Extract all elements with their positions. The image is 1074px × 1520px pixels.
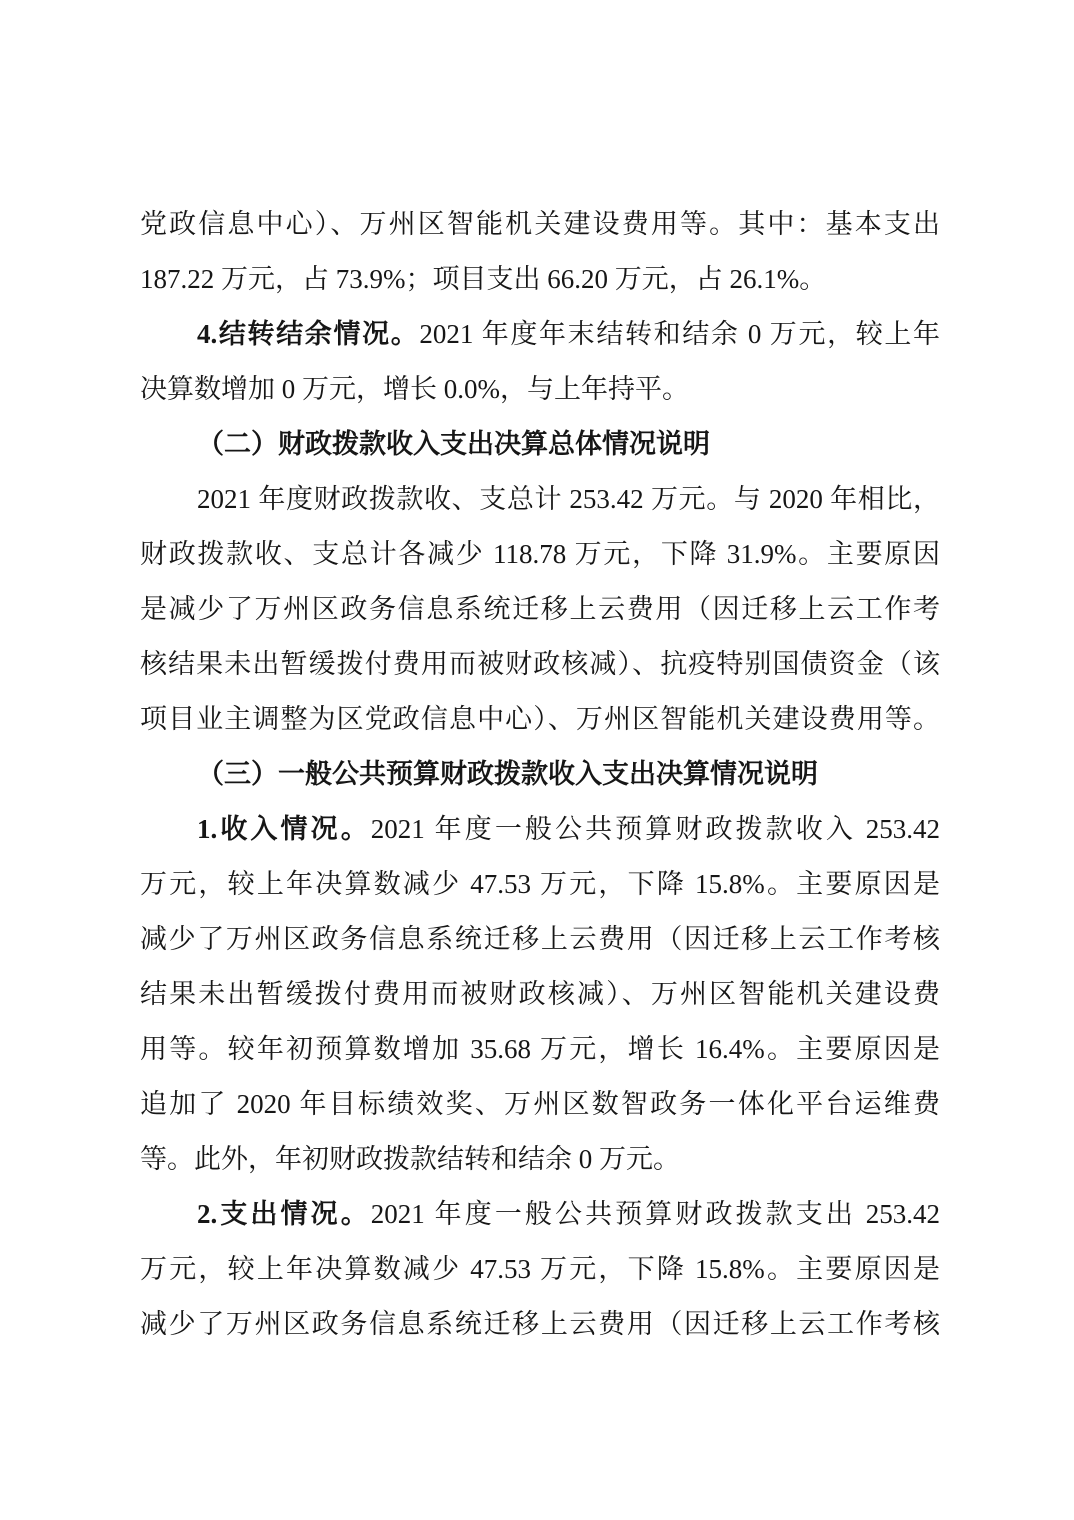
line-text: 减少了万州区政务信息系统迁移上云费用（因迁移上云工作考核	[140, 924, 940, 954]
section-heading: （三）一般公共预算财政拨款收入支出决算情况说明	[140, 747, 940, 802]
line-text: （二）财政拨款收入支出决算总体情况说明	[197, 429, 710, 459]
line-text: 结果未出暂缓拨付费用而被财政核减）、万州区智能机关建设费	[140, 979, 940, 1009]
line-text: 2021 年度一般公共预算财政拨款收入 253.42	[371, 814, 940, 844]
text-line: 决算数增加 0 万元，增长 0.0%，与上年持平。	[140, 362, 940, 417]
line-text: 是减少了万州区政务信息系统迁移上云费用（因迁移上云工作考	[140, 594, 940, 624]
line-text: 项目业主调整为区党政信息中心）、万州区智能机关建设费用等。	[140, 704, 940, 734]
text-line: 追加了 2020 年目标绩效奖、万州区数智政务一体化平台运维费	[140, 1077, 940, 1132]
text-line: 减少了万州区政务信息系统迁移上云费用（因迁移上云工作考核	[140, 1297, 940, 1352]
inline-run-in-heading: 1.收入情况。	[197, 814, 371, 844]
inline-run-in-heading: 4.结转结余情况。	[197, 319, 419, 349]
inline-run-in-heading: 2.支出情况。	[197, 1199, 371, 1229]
line-text: 等。此外，年初财政拨款结转和结余 0 万元。	[140, 1144, 680, 1174]
text-line: 2021 年度财政拨款收、支总计 253.42 万元。与 2020 年相比，	[140, 472, 940, 527]
line-text: 用等。较年初预算数增加 35.68 万元，增长 16.4%。主要原因是	[140, 1034, 940, 1064]
line-text: 党政信息中心）、万州区智能机关建设费用等。其中：基本支出	[140, 209, 940, 239]
text-line: 财政拨款收、支总计各减少 118.78 万元，下降 31.9%。主要原因	[140, 527, 940, 582]
text-line: 项目业主调整为区党政信息中心）、万州区智能机关建设费用等。	[140, 692, 940, 747]
line-text: 决算数增加 0 万元，增长 0.0%，与上年持平。	[140, 374, 689, 404]
line-text: 2021 年度年末结转和结余 0 万元，较上年	[419, 319, 940, 349]
text-line: 187.22 万元，占 73.9%；项目支出 66.20 万元，占 26.1%。	[140, 252, 940, 307]
text-line: 用等。较年初预算数增加 35.68 万元，增长 16.4%。主要原因是	[140, 1022, 940, 1077]
text-line: 1.收入情况。2021 年度一般公共预算财政拨款收入 253.42	[140, 802, 940, 857]
line-text: 2021 年度财政拨款收、支总计 253.42 万元。与 2020 年相比，	[197, 484, 940, 514]
text-line: 结果未出暂缓拨付费用而被财政核减）、万州区智能机关建设费	[140, 967, 940, 1022]
line-text: 核结果未出暂缓拨付费用而被财政核减）、抗疫特别国债资金（该	[140, 649, 940, 679]
section-heading: （二）财政拨款收入支出决算总体情况说明	[140, 417, 940, 472]
document-page: 党政信息中心）、万州区智能机关建设费用等。其中：基本支出187.22 万元，占 …	[0, 0, 1074, 1520]
line-text: 财政拨款收、支总计各减少 118.78 万元，下降 31.9%。主要原因	[140, 539, 940, 569]
text-line: 核结果未出暂缓拨付费用而被财政核减）、抗疫特别国债资金（该	[140, 637, 940, 692]
text-line: 党政信息中心）、万州区智能机关建设费用等。其中：基本支出	[140, 197, 940, 252]
text-line: 万元，较上年决算数减少 47.53 万元，下降 15.8%。主要原因是	[140, 1242, 940, 1297]
text-line: 是减少了万州区政务信息系统迁移上云费用（因迁移上云工作考	[140, 582, 940, 637]
line-text: 万元，较上年决算数减少 47.53 万元，下降 15.8%。主要原因是	[140, 869, 940, 899]
line-text: （三）一般公共预算财政拨款收入支出决算情况说明	[197, 759, 818, 789]
line-text: 减少了万州区政务信息系统迁移上云费用（因迁移上云工作考核	[140, 1309, 940, 1339]
line-text: 追加了 2020 年目标绩效奖、万州区数智政务一体化平台运维费	[140, 1089, 940, 1119]
text-line: 4.结转结余情况。2021 年度年末结转和结余 0 万元，较上年	[140, 307, 940, 362]
text-line: 减少了万州区政务信息系统迁移上云费用（因迁移上云工作考核	[140, 912, 940, 967]
text-line: 2.支出情况。2021 年度一般公共预算财政拨款支出 253.42	[140, 1187, 940, 1242]
text-line: 万元，较上年决算数减少 47.53 万元，下降 15.8%。主要原因是	[140, 857, 940, 912]
document-body: 党政信息中心）、万州区智能机关建设费用等。其中：基本支出187.22 万元，占 …	[140, 197, 940, 1352]
line-text: 万元，较上年决算数减少 47.53 万元，下降 15.8%。主要原因是	[140, 1254, 940, 1284]
text-line: 等。此外，年初财政拨款结转和结余 0 万元。	[140, 1132, 940, 1187]
line-text: 2021 年度一般公共预算财政拨款支出 253.42	[371, 1199, 940, 1229]
line-text: 187.22 万元，占 73.9%；项目支出 66.20 万元，占 26.1%。	[140, 264, 826, 294]
